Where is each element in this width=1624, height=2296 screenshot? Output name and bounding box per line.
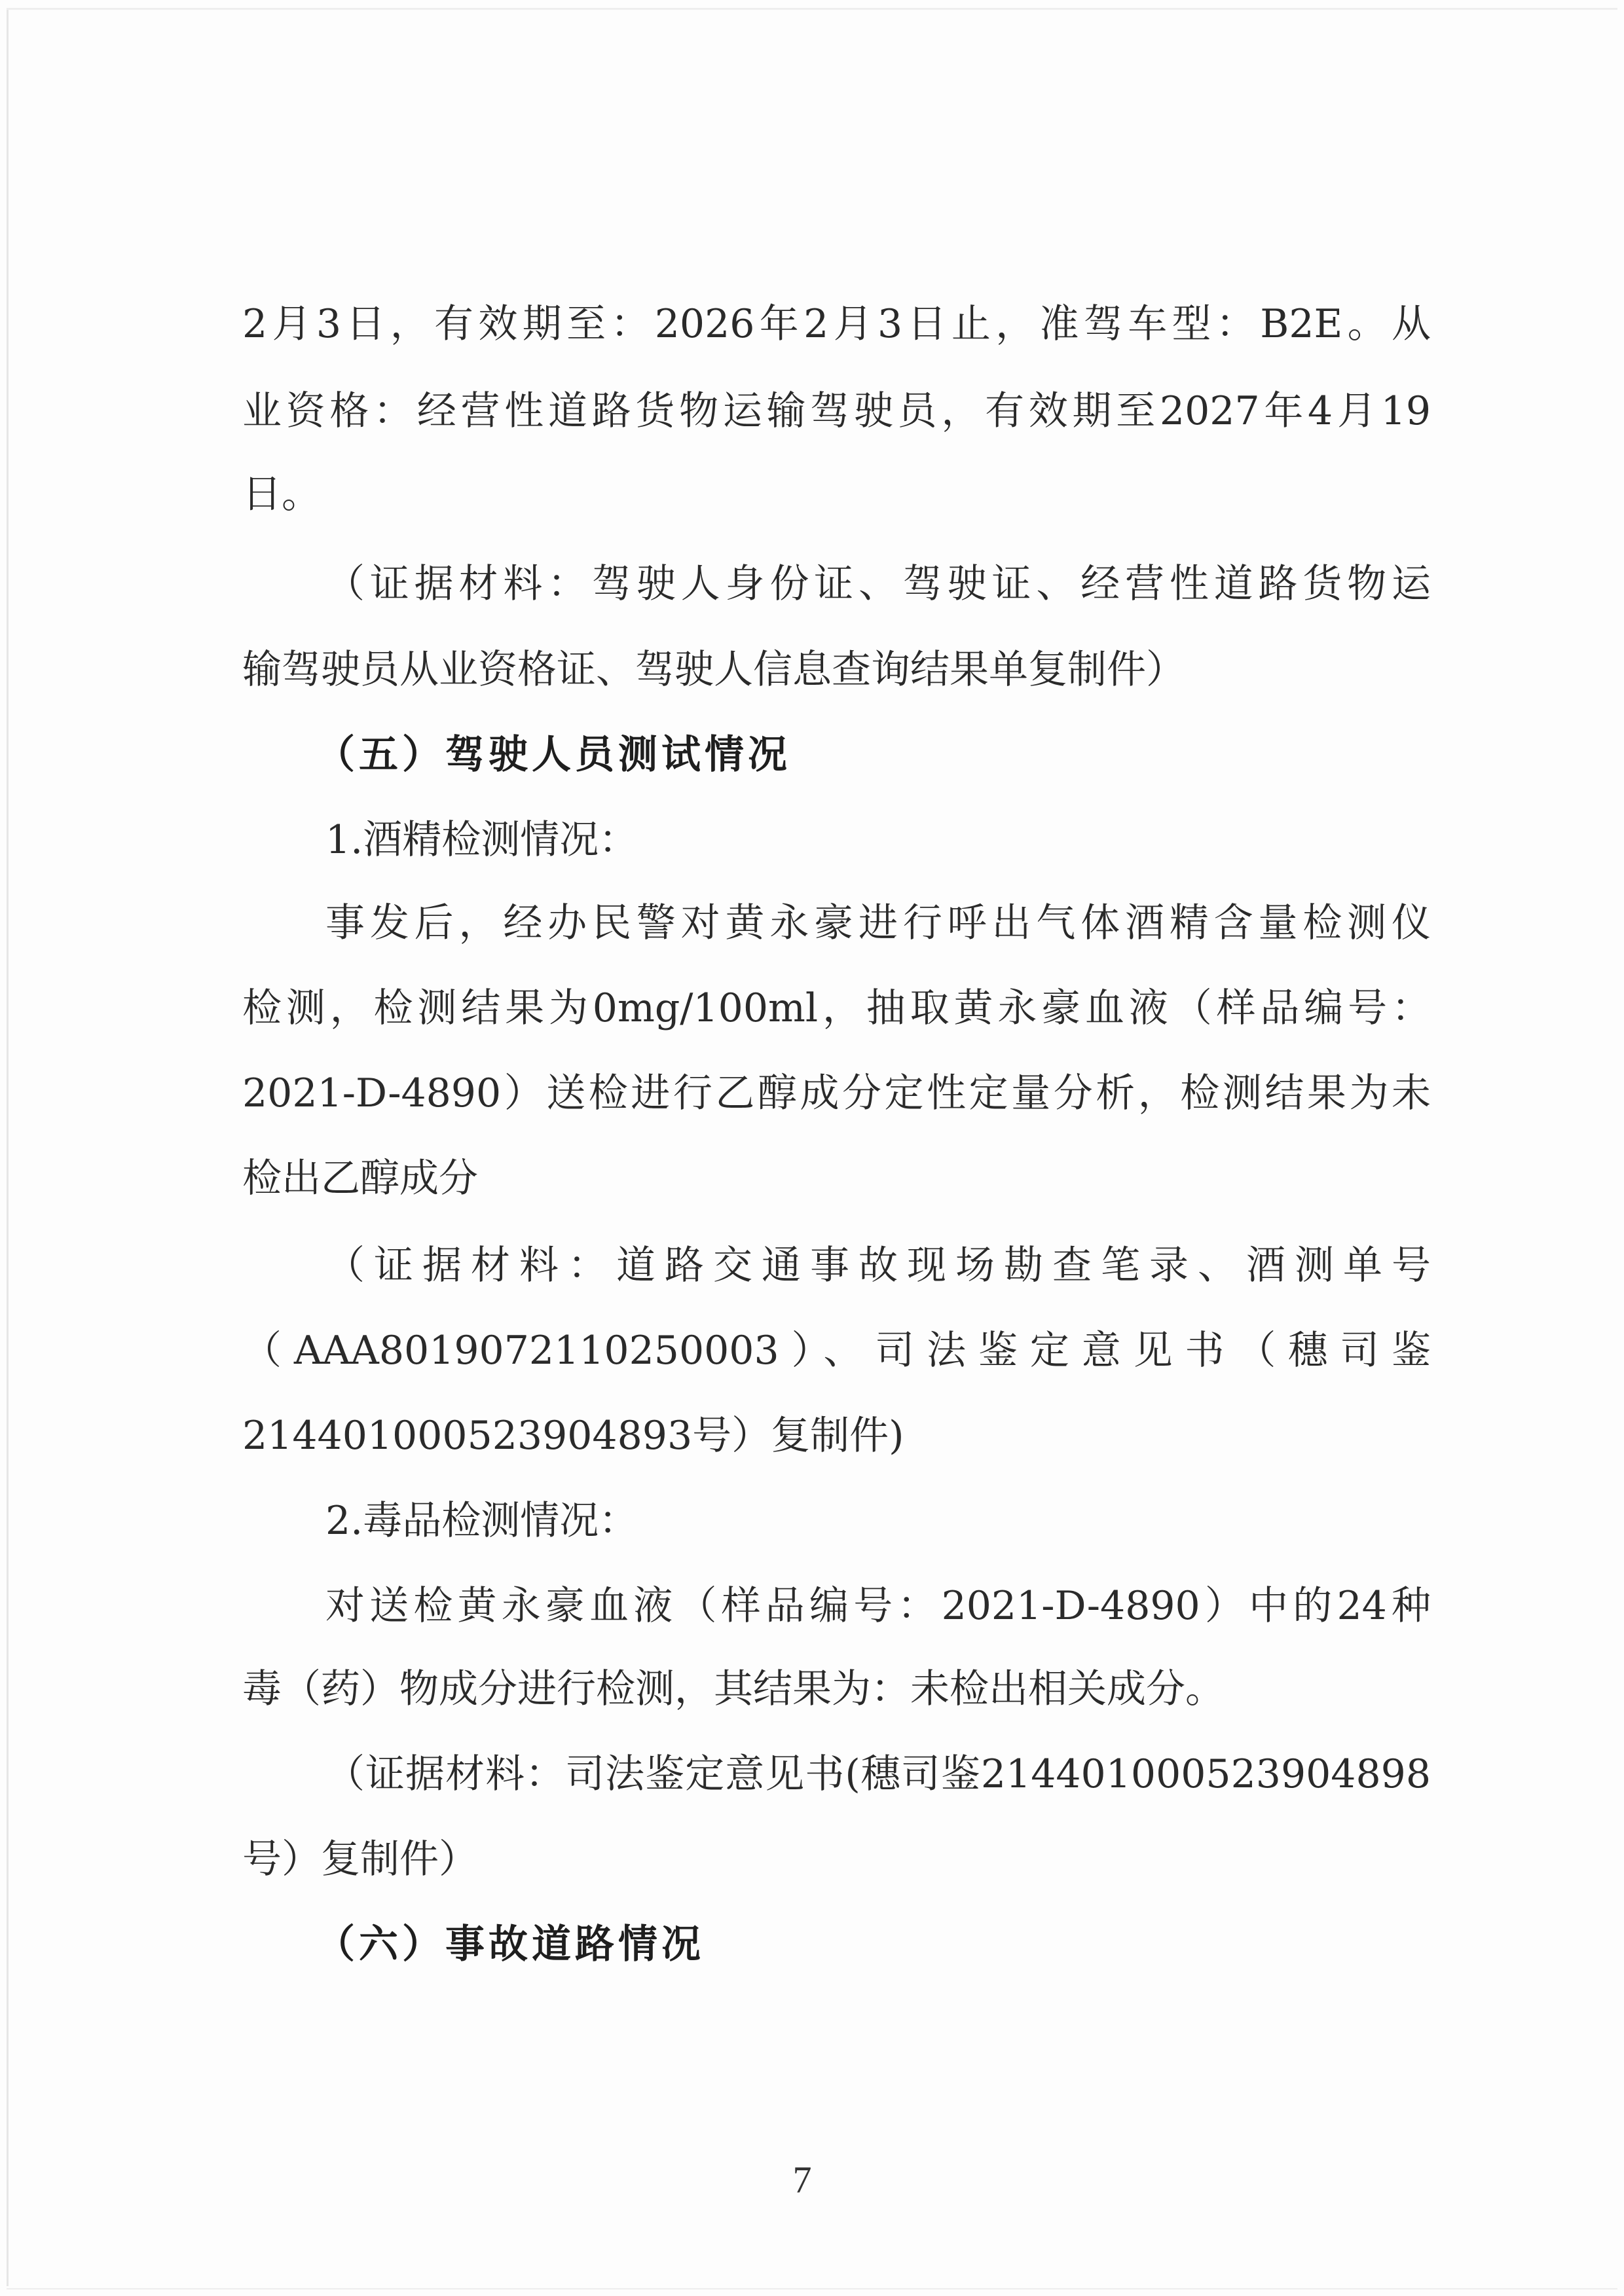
subheading-alcohol-test: 1.酒精检测情况： <box>325 814 1111 866</box>
subheading-drug-test: 2.毒品检测情况： <box>325 1495 1111 1547</box>
alcohol-evidence-line-1: （证据材料：道路交通事故现场勘查笔录、酒测单号 <box>325 1239 1431 1292</box>
body-line-3: 日。 <box>242 468 1431 520</box>
body-line-1: 2月3日，有效期至：2026年2月3日止，准驾车型：B2E。从 <box>242 298 1431 350</box>
scan-edge-left <box>7 8 9 2286</box>
section-heading-5: （五）驾驶人员测试情况 <box>316 729 1101 781</box>
alcohol-evidence-line-3: 214401000523904893号）复制件) <box>242 1410 1431 1462</box>
document-page: 2月3日，有效期至：2026年2月3日止，准驾车型：B2E。从 业资格：经营性道… <box>0 0 1624 2296</box>
alcohol-para-line-4: 检出乙醇成分 <box>242 1152 1431 1205</box>
scan-edge-bottom <box>7 2288 1617 2289</box>
alcohol-evidence-line-2: （AAA8019072110250003）、司法鉴定意见书（穗司鉴 <box>242 1324 1431 1377</box>
scan-edge-top <box>7 8 1617 10</box>
alcohol-para-line-3: 2021-D-4890）送检进行乙醇成分定性定量分析，检测结果为未 <box>242 1067 1431 1120</box>
drug-para-line-1: 对送检黄永豪血液（样品编号：2021-D-4890）中的24种 <box>325 1580 1431 1632</box>
page-number: 7 <box>783 2160 822 2200</box>
drug-evidence-line-2: 号）复制件） <box>242 1833 1431 1886</box>
drug-evidence-line-1: （证据材料：司法鉴定意见书(穗司鉴214401000523904898 <box>325 1748 1431 1800</box>
alcohol-para-line-2: 检测，检测结果为0mg/100ml，抽取黄永豪血液（样品编号： <box>242 982 1431 1034</box>
alcohol-para-line-1: 事发后，经办民警对黄永豪进行呼出气体酒精含量检测仪 <box>325 897 1431 949</box>
evidence-line-1: （证据材料：驾驶人身份证、驾驶证、经营性道路货物运 <box>325 558 1431 610</box>
evidence-line-2: 输驾驶员从业资格证、驾驶人信息查询结果单复制件） <box>242 644 1431 696</box>
section-heading-6: （六）事故道路情况 <box>316 1918 1101 1971</box>
body-line-2: 业资格：经营性道路货物运输驾驶员，有效期至2027年4月19 <box>242 385 1431 437</box>
drug-para-line-2: 毒（药）物成分进行检测，其结果为：未检出相关成分。 <box>242 1663 1431 1715</box>
